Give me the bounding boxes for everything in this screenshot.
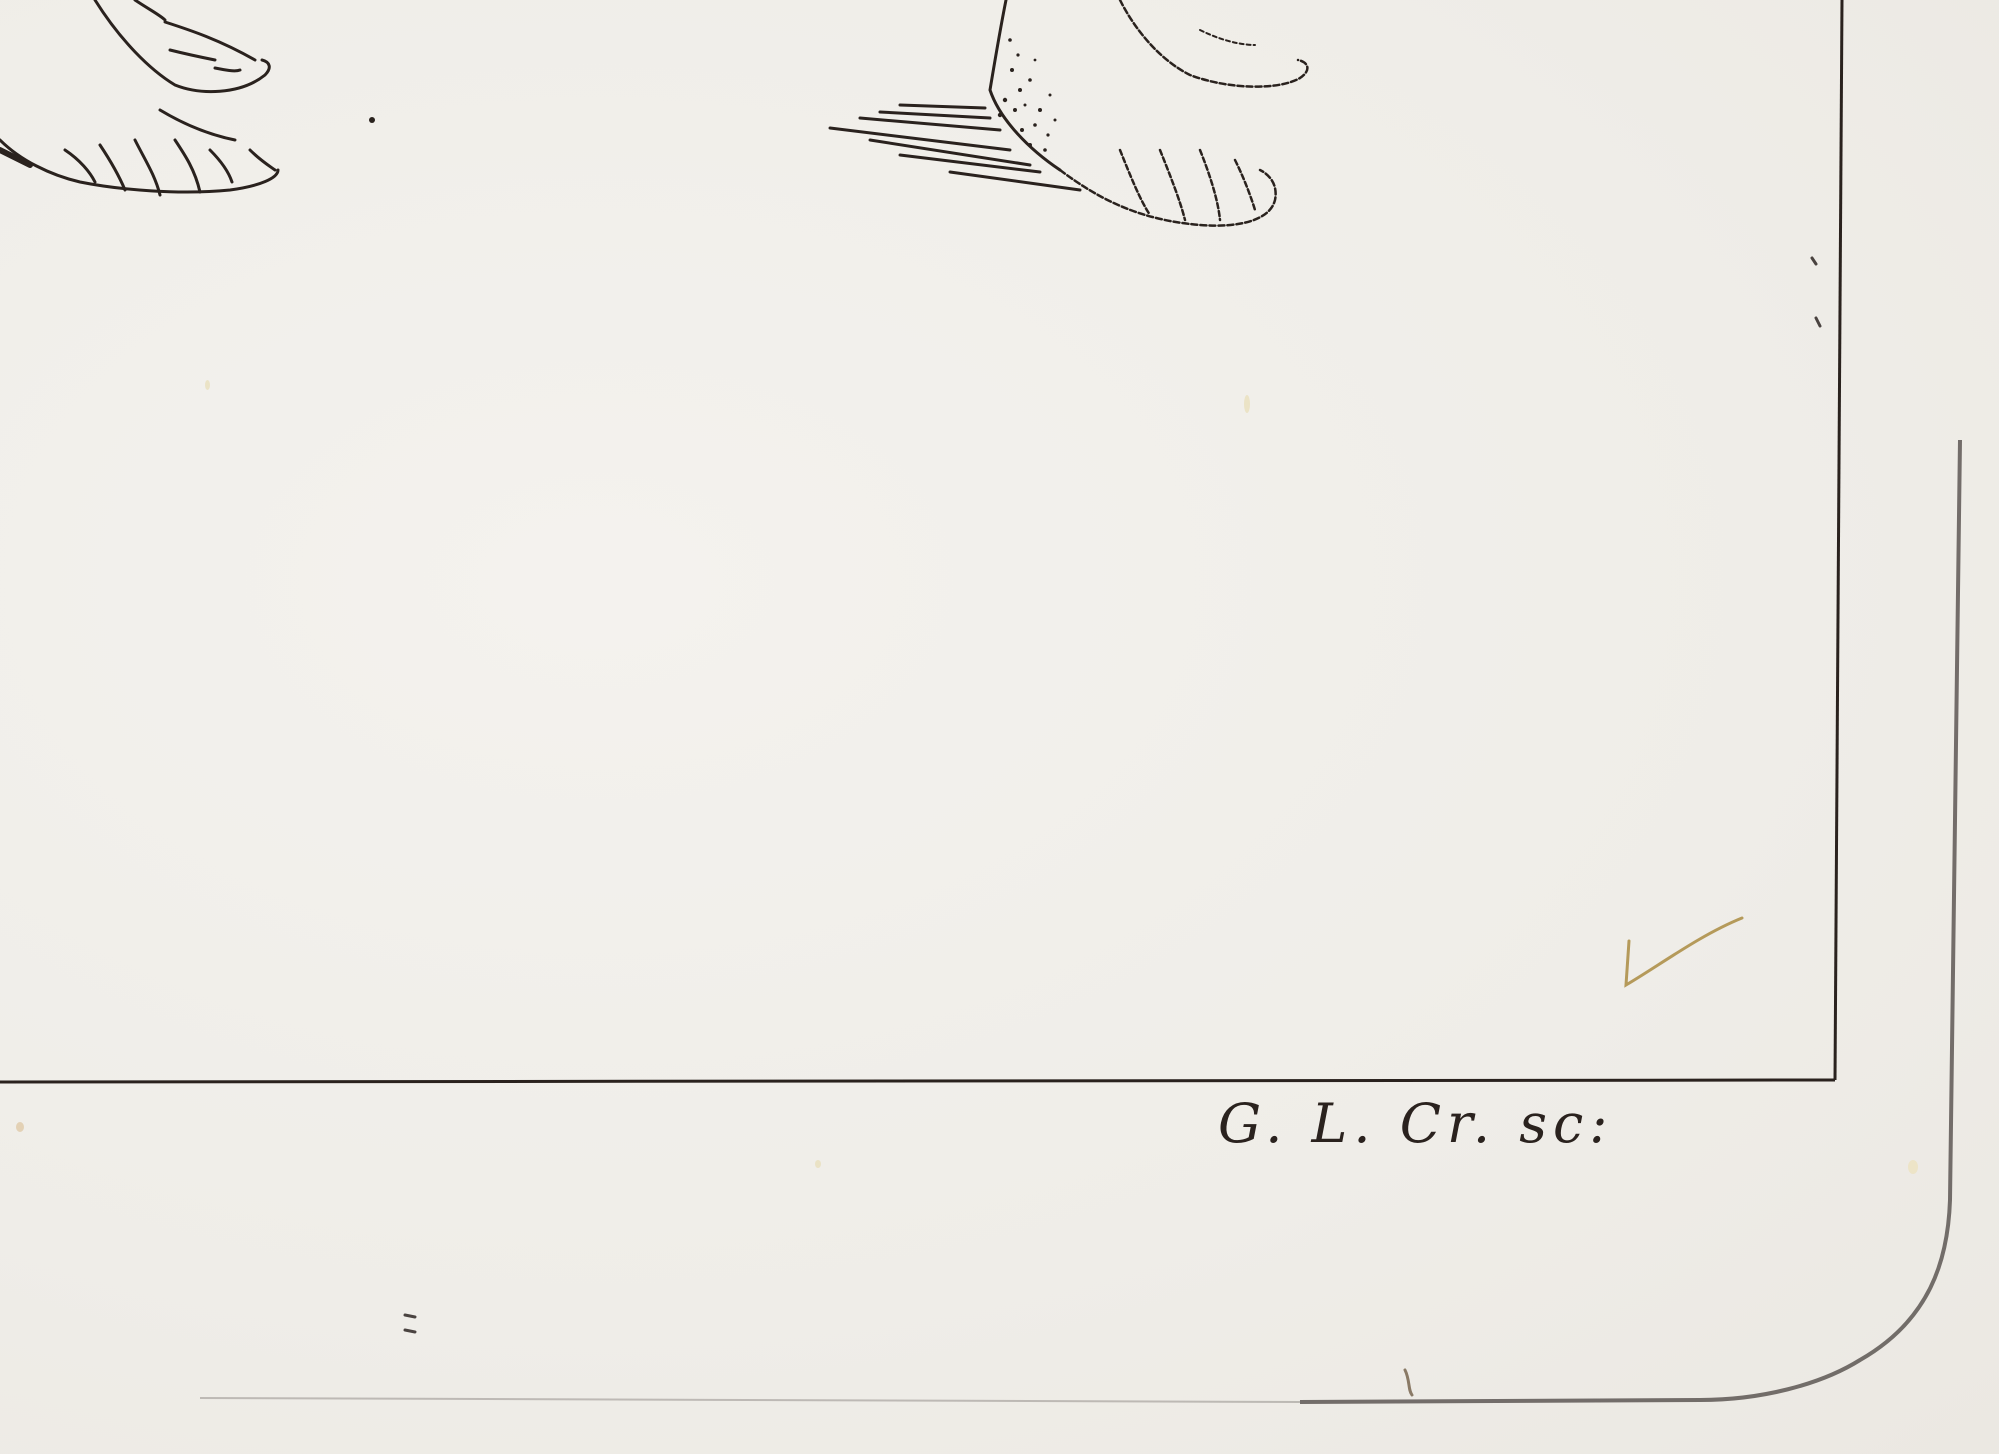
left-feet-sketch: [0, 0, 278, 195]
plate-mark: [200, 440, 1960, 1402]
paper-fleck: [1908, 1160, 1918, 1174]
border-rule: [0, 0, 1842, 1082]
right-feet-sketch: [830, 0, 1307, 226]
paper-fleck: [16, 1122, 24, 1132]
ankle-stipple: [369, 38, 1057, 152]
pencil-check-icon: [1626, 918, 1742, 985]
paper-fleck: [815, 1160, 821, 1168]
stray-marks: [405, 258, 1820, 1395]
engraving-print: G. L. Cr. sc:: [0, 0, 1999, 1454]
paper-fleck: [205, 380, 210, 390]
engraver-signature: G. L. Cr. sc:: [1218, 1092, 1613, 1155]
paper-fleck: [1244, 395, 1250, 413]
engraving-drawing: [0, 0, 1999, 1454]
